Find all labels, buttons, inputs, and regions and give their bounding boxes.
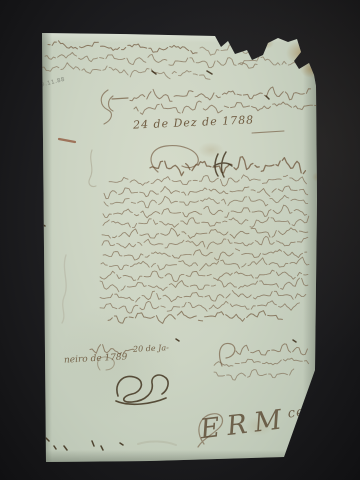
handwriting-line: [102, 228, 308, 239]
handwriting-line: [214, 369, 294, 380]
ink-flourish: [101, 90, 113, 124]
handwriting-line: [103, 205, 307, 218]
handwriting-line: [101, 257, 309, 270]
ink-flourish: [98, 357, 115, 370]
handwriting-line: [103, 216, 309, 227]
handwriting-line: [104, 186, 308, 199]
handwriting-line: [42, 63, 210, 80]
handwriting-line: [100, 291, 306, 303]
ink-flourish: [89, 150, 96, 187]
ink-flourish: [40, 71, 296, 450]
handwriting-line: [240, 57, 303, 65]
handwriting-line: [150, 157, 305, 176]
handwriting-line: [104, 195, 308, 208]
ink-flourish: [116, 375, 168, 404]
ink-flourish: [112, 98, 128, 99]
handwriting-line: [45, 52, 257, 68]
handwriting-line: [100, 278, 308, 292]
handwriting-line: [108, 311, 282, 324]
handwriting-line: [130, 87, 311, 101]
ink-flourish: [62, 255, 66, 323]
handwriting-line: [102, 236, 308, 249]
handwriting-line: [103, 249, 307, 260]
handwriting-line: [100, 270, 308, 282]
handwriting-line: [90, 345, 134, 355]
ink-flourish: [214, 152, 232, 177]
ink-flourish: [252, 131, 284, 133]
ink-layer: [0, 0, 360, 480]
handwriting-line: [48, 41, 197, 54]
ink-flourish: [138, 441, 176, 445]
handwriting-line: [134, 101, 317, 114]
photo-background: 19.11.88 24 de Dez de 1788 20 de Ja- nei…: [0, 0, 360, 480]
manuscript-paper: 19.11.88 24 de Dez de 1788 20 de Ja- nei…: [0, 0, 360, 480]
ink-flourish: [220, 343, 235, 366]
handwriting-line: [214, 358, 309, 366]
handwriting-line: [236, 344, 307, 355]
handwriting-line: [200, 45, 257, 57]
ink-flourish: [59, 139, 75, 142]
handwriting-line: [109, 175, 306, 186]
ink-flourish: [198, 414, 223, 447]
handwriting-line: [100, 301, 300, 313]
